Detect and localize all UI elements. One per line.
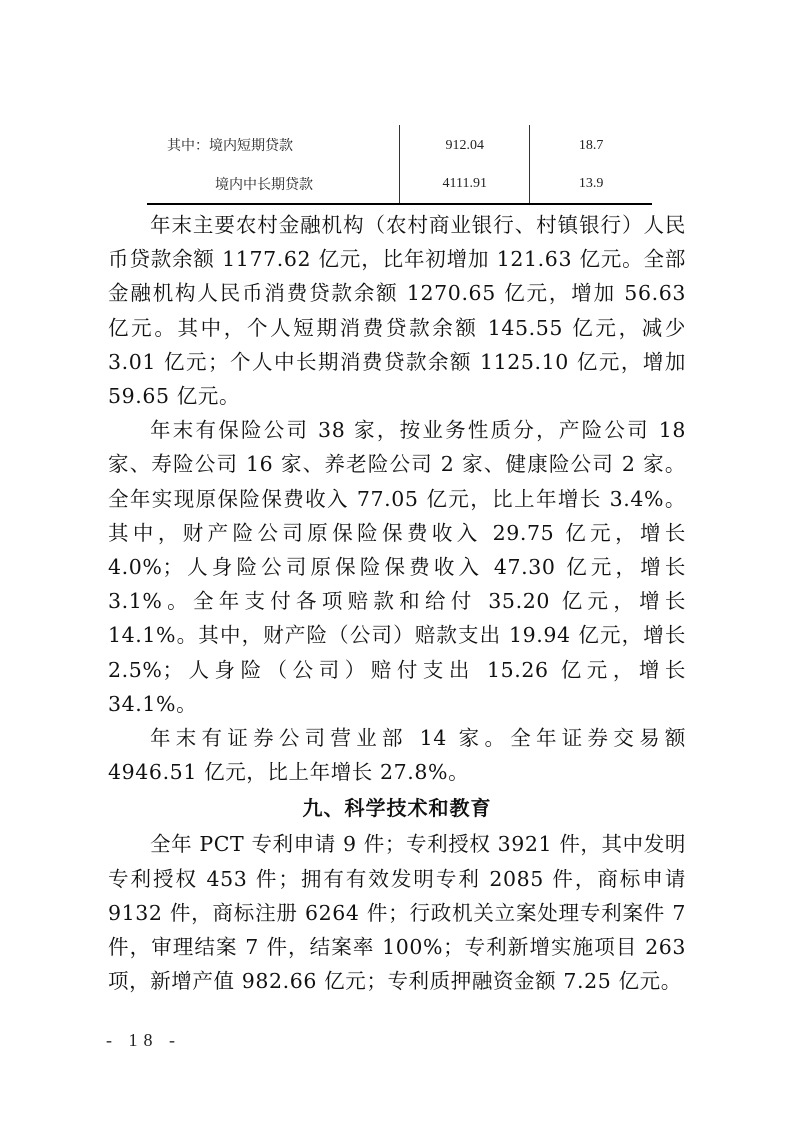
paragraph-insurance: 年末有保险公司 38 家，按业务性质分，产险公司 18 家、寿险公司 16 家、… xyxy=(108,413,686,721)
page-number: - 18 - xyxy=(106,1030,181,1051)
loan-table-fragment: 其中：境内短期贷款 912.04 18.7 境内中长期贷款 4111.91 13… xyxy=(147,125,652,205)
paragraph-securities: 年末有证券公司营业部 14 家。全年证券交易额 4946.51 亿元，比上年增长… xyxy=(108,721,686,789)
paragraph-patents: 全年 PCT 专利申请 9 件；专利授权 3921 件，其中发明专利授权 453… xyxy=(108,827,686,998)
section-heading: 九、科学技术和教育 xyxy=(108,789,686,827)
body-text: 年末主要农村金融机构（农村商业银行、村镇银行）人民币贷款余额 1177.62 亿… xyxy=(108,208,686,998)
table-row: 其中：境内短期贷款 912.04 18.7 xyxy=(147,125,652,165)
row-label: 境内中长期贷款 xyxy=(147,165,400,204)
row-value: 4111.91 xyxy=(400,165,530,204)
paragraph-rural-finance: 年末主要农村金融机构（农村商业银行、村镇银行）人民币贷款余额 1177.62 亿… xyxy=(108,208,686,413)
table-row: 境内中长期贷款 4111.91 13.9 xyxy=(147,165,652,204)
row-growth: 18.7 xyxy=(530,125,652,165)
row-value: 912.04 xyxy=(400,125,530,165)
row-growth: 13.9 xyxy=(530,165,652,204)
row-label: 其中：境内短期贷款 xyxy=(147,125,400,165)
document-page: 其中：境内短期贷款 912.04 18.7 境内中长期贷款 4111.91 13… xyxy=(0,0,794,1123)
